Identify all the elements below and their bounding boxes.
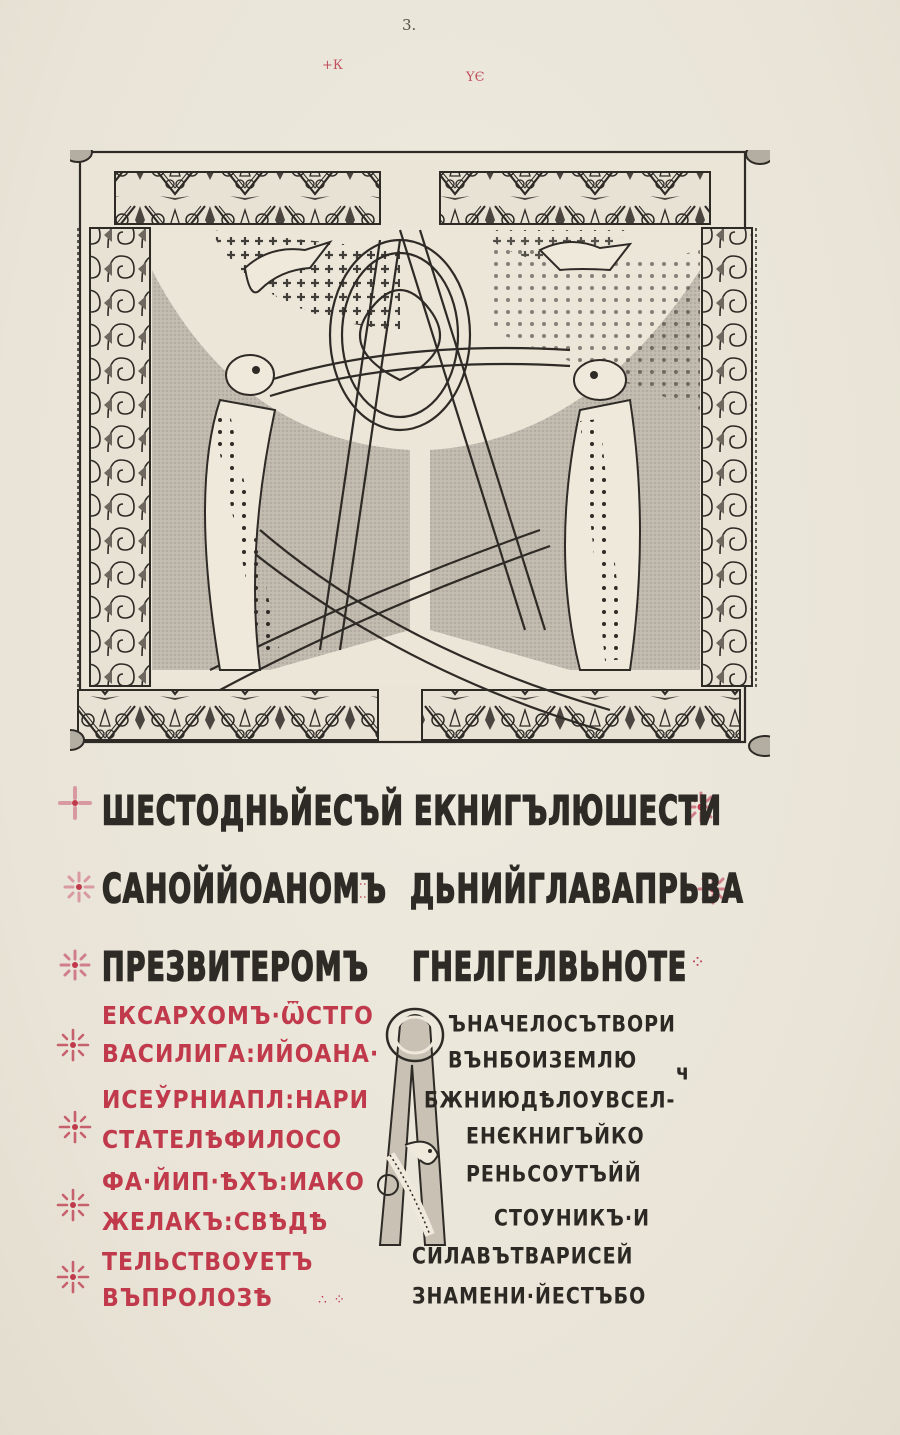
marginal-note-right: ҮЄ: [466, 70, 485, 85]
rosette-icon: [58, 1110, 92, 1144]
rubric-line: ФА·ЙИП·ѢХЪ:ИАКО: [102, 1168, 365, 1197]
body-text-line: ЗНАМЕНИ·ЙЕСТЪБО: [412, 1284, 646, 1309]
rubric-line: ЕКСАРХОМЪ·ѾСТГО: [102, 1002, 374, 1031]
heading-line-right-2: ДЬНИЙГЛАВАПРЬВА: [410, 866, 744, 913]
headpiece-ornament-icon: [70, 150, 770, 780]
heading-line-right-1: ЕКНИГЪЛЮШЕСТИ: [414, 788, 722, 835]
rosette-icon: [56, 1028, 90, 1062]
rubric-line: СТАТЕЛѢФИЛОСО: [102, 1126, 342, 1155]
page-number: 3.: [402, 16, 416, 34]
body-text-line: БЖНИЮДѢЛОУВСЕЛ-: [424, 1088, 675, 1113]
body-text-line: ЪНАЧЕЛОСЪТВОРИ: [448, 1012, 676, 1037]
rubric-line: ИСЕЎРНИАПЛ:НАРИ: [102, 1086, 369, 1115]
rosette-icon: [62, 870, 96, 904]
rosette-icon: [58, 786, 92, 820]
body-text-line: ВЪНБОИЗЕМЛЮ: [448, 1048, 637, 1073]
body-text-line: СТОУНИКЪ·И: [494, 1206, 650, 1231]
rubric-line: ЖЕЛАКЪ:СВѢДѢ: [102, 1208, 328, 1237]
heading-line-left-3: ПРЕЗВИТЕРОМЪ: [102, 944, 369, 991]
interlaced-initial-icon: [370, 1005, 450, 1250]
superscript-mark: ч: [676, 1060, 689, 1085]
rubric-trailing-ornament: ∴ ⁘: [318, 1292, 346, 1308]
heading-line-left-1: ШЕСТОДНЬЙЕСЪЙ: [102, 788, 404, 835]
rubric-line: ВЪПРОЛОЗѢ: [102, 1284, 273, 1313]
marginal-note-left: +К: [322, 58, 343, 73]
rosette-icon: [56, 1188, 90, 1222]
body-text-line: ЕНЄКНИГЪЙКО: [466, 1124, 645, 1149]
rubric-line: ТЕЛЬСТВОУЕТЪ: [102, 1248, 313, 1277]
heading-line-right-3: ГНЕЛГЕЛВЬНОТЕ: [412, 944, 687, 991]
body-text-line: РЕНЬСОУТЪЙЙ: [466, 1162, 642, 1187]
illuminated-headpiece: [70, 150, 760, 750]
decorated-initial: [370, 1005, 450, 1250]
manuscript-page: 3. +К ҮЄ: [0, 0, 900, 1435]
heading-line-left-2: САНОЙЙОАНОМЪ: [102, 866, 387, 913]
rosette-icon: [58, 948, 92, 982]
rubric-dots-icon: ⁘: [690, 952, 706, 973]
body-text-line: СИЛАВЪТВАРИСЕЙ: [412, 1244, 633, 1269]
rubric-line: ВАСИЛИГА:ИЙОАНА·: [102, 1040, 379, 1069]
rosette-icon: [56, 1260, 90, 1294]
